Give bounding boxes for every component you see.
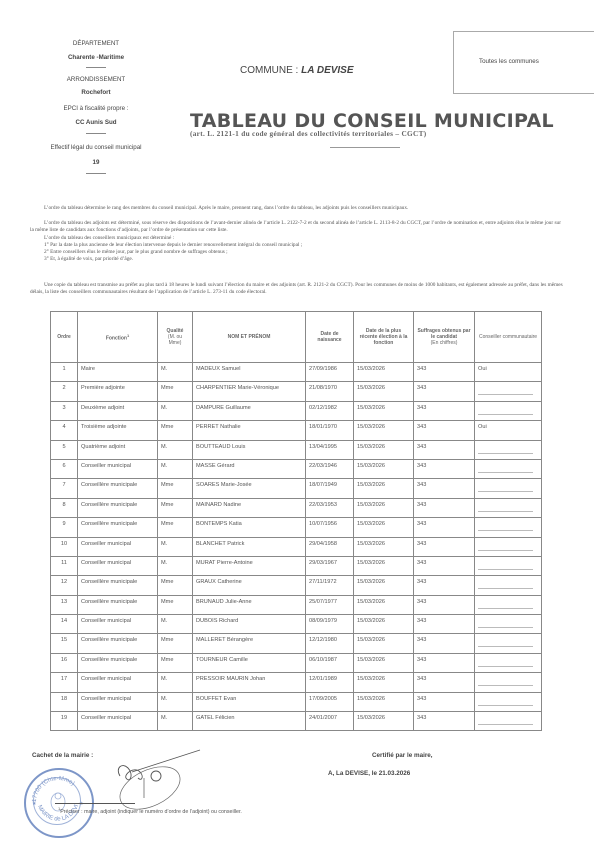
cell-communautaire	[475, 459, 542, 478]
cell-election: 15/03/2026	[354, 440, 414, 459]
cell-communautaire	[475, 615, 542, 634]
cell-qualite: Mme	[158, 634, 193, 653]
cell-naissance: 29/04/1958	[306, 537, 354, 556]
blank-entry-line	[478, 646, 533, 647]
blank-entry-line	[478, 666, 533, 667]
cell-election: 15/03/2026	[354, 479, 414, 498]
cell-qualite: M.	[158, 401, 193, 420]
cell-nom: GATEL Félicien	[193, 712, 306, 731]
blank-entry-line	[478, 453, 533, 454]
divider	[86, 133, 106, 134]
cell-ordre: 2	[51, 382, 78, 401]
cell-communautaire	[475, 401, 542, 420]
blank-entry-line	[478, 608, 533, 609]
intro-paragraph-4: Une copie du tableau est transmise au pr…	[30, 282, 565, 296]
cell-suffrages: 343	[414, 712, 475, 731]
arrondissement-label: ARRONDISSEMENT	[20, 76, 172, 83]
cell-ordre: 12	[51, 576, 78, 595]
cell-election: 15/03/2026	[354, 363, 414, 382]
cell-suffrages: 343	[414, 576, 475, 595]
effectif-label: Effectif légal du conseil municipal	[20, 144, 172, 151]
table-row: 5Quatrième adjointM.BOUTTEAUD Louis13/04…	[51, 440, 542, 459]
cell-communautaire	[475, 595, 542, 614]
cell-naissance: 18/07/1949	[306, 479, 354, 498]
paragraph-text: L’ordre du tableau des conseillers munic…	[44, 235, 564, 242]
table-row: 8Conseillère municipaleMmeMAINARD Nadine…	[51, 498, 542, 517]
cell-naissance: 22/03/1953	[306, 498, 354, 517]
cell-naissance: 17/09/2005	[306, 692, 354, 711]
cell-fonction: Conseillère municipale	[78, 576, 158, 595]
table-row: 14Conseiller municipalM.DUBOIS Richard08…	[51, 615, 542, 634]
cell-election: 15/03/2026	[354, 459, 414, 478]
cell-qualite: Mme	[158, 498, 193, 517]
cell-nom: PERRET Nathalie	[193, 421, 306, 440]
cell-naissance: 21/08/1970	[306, 382, 354, 401]
cell-election: 15/03/2026	[354, 673, 414, 692]
departement-label: DÉPARTEMENT	[20, 40, 172, 47]
cell-nom: MURAT Pierre-Antoine	[193, 556, 306, 575]
cell-election: 15/03/2026	[354, 712, 414, 731]
cell-election: 15/03/2026	[354, 692, 414, 711]
header-ordre: Ordre	[51, 312, 78, 363]
cell-qualite: M.	[158, 440, 193, 459]
commune-name: LA DEVISE	[301, 65, 353, 76]
commune-line: COMMUNE : LA DEVISE	[240, 65, 354, 76]
cell-communautaire	[475, 692, 542, 711]
departement-value: Charente -Maritime	[20, 54, 172, 61]
cell-qualite: M.	[158, 712, 193, 731]
cell-election: 15/03/2026	[354, 653, 414, 672]
cell-election: 15/03/2026	[354, 576, 414, 595]
blank-entry-line	[478, 491, 533, 492]
intro-paragraph-3: L’ordre du tableau des conseillers munic…	[44, 235, 564, 263]
cell-fonction: Conseillère municipale	[78, 518, 158, 537]
cell-nom: TOURNEUR Camille	[193, 653, 306, 672]
cell-nom: SOARES Marie-Josée	[193, 479, 306, 498]
cell-fonction: Conseillère municipale	[78, 595, 158, 614]
cell-naissance: 10/07/1956	[306, 518, 354, 537]
cell-nom: CHARPENTIER Marie-Véronique	[193, 382, 306, 401]
cell-qualite: M.	[158, 673, 193, 692]
cell-communautaire	[475, 653, 542, 672]
cell-suffrages: 343	[414, 537, 475, 556]
cell-election: 15/03/2026	[354, 382, 414, 401]
cell-fonction: Conseiller municipal	[78, 556, 158, 575]
cell-suffrages: 343	[414, 440, 475, 459]
epci-value: CC Aunis Sud	[20, 119, 172, 126]
blank-entry-line	[478, 685, 533, 686]
commune-category-text: Toutes les communes	[479, 58, 539, 65]
place-date: A, La DEVISE, le 21.03.2026	[328, 770, 410, 777]
cell-communautaire: Oui	[475, 421, 542, 440]
cell-naissance: 12/01/1989	[306, 673, 354, 692]
cell-communautaire	[475, 712, 542, 731]
cell-fonction: Première adjointe	[78, 382, 158, 401]
cell-naissance: 08/09/1979	[306, 615, 354, 634]
rule-item: 3° Et, à égalité de voix, par priorité d…	[44, 256, 564, 263]
cell-qualite: Mme	[158, 479, 193, 498]
cell-election: 15/03/2026	[354, 518, 414, 537]
table-row: 12Conseillère municipaleMmeGRAUX Catheri…	[51, 576, 542, 595]
cell-naissance: 24/01/2007	[306, 712, 354, 731]
cell-ordre: 17	[51, 673, 78, 692]
title-divider	[330, 147, 400, 148]
cell-nom: MAINARD Nadine	[193, 498, 306, 517]
cell-suffrages: 343	[414, 673, 475, 692]
cell-nom: PRESSOIR MAURIN Johan	[193, 673, 306, 692]
cell-suffrages: 343	[414, 615, 475, 634]
cell-qualite: M.	[158, 459, 193, 478]
header-naissance: Date de naissance	[306, 312, 354, 363]
cell-qualite: M.	[158, 537, 193, 556]
cell-naissance: 29/03/1967	[306, 556, 354, 575]
cell-communautaire	[475, 382, 542, 401]
cell-suffrages: 343	[414, 401, 475, 420]
council-table: Ordre Fonction1 Qualité(M. ou Mme) NOM E…	[50, 311, 542, 731]
cell-fonction: Maire	[78, 363, 158, 382]
cell-suffrages: 343	[414, 479, 475, 498]
cell-naissance: 22/03/1946	[306, 459, 354, 478]
blank-entry-line	[478, 569, 533, 570]
table-row: 6Conseiller municipalM.MASSE Gérard22/03…	[51, 459, 542, 478]
cell-election: 15/03/2026	[354, 421, 414, 440]
blank-entry-line	[478, 705, 533, 706]
blank-entry-line	[478, 588, 533, 589]
header-nom: NOM ET PRÉNOM	[193, 312, 306, 363]
cell-communautaire	[475, 537, 542, 556]
cell-nom: BOUFFET Evan	[193, 692, 306, 711]
paragraph-text: L’ordre du tableau détermine le rang des…	[44, 205, 408, 211]
cell-election: 15/03/2026	[354, 595, 414, 614]
cell-fonction: Conseillère municipale	[78, 479, 158, 498]
cell-election: 15/03/2026	[354, 615, 414, 634]
cell-fonction: Conseiller municipal	[78, 615, 158, 634]
cell-qualite: Mme	[158, 653, 193, 672]
cell-suffrages: 343	[414, 363, 475, 382]
admin-info-column: DÉPARTEMENT Charente -Maritime ARRONDISS…	[20, 40, 172, 174]
svg-text:★: ★	[32, 801, 37, 807]
blank-entry-line	[478, 627, 533, 628]
cell-ordre: 11	[51, 556, 78, 575]
cell-qualite: M.	[158, 363, 193, 382]
cell-naissance: 02/12/1982	[306, 401, 354, 420]
cell-election: 15/03/2026	[354, 401, 414, 420]
cell-ordre: 1	[51, 363, 78, 382]
cell-ordre: 13	[51, 595, 78, 614]
cell-suffrages: 343	[414, 459, 475, 478]
cell-nom: MALLERET Bérangère	[193, 634, 306, 653]
table-row: 13Conseillère municipaleMmeBRUNAUD Julie…	[51, 595, 542, 614]
cell-fonction: Quatrième adjoint	[78, 440, 158, 459]
divider	[86, 173, 106, 174]
cell-qualite: Mme	[158, 518, 193, 537]
cell-ordre: 18	[51, 692, 78, 711]
cell-naissance: 12/12/1980	[306, 634, 354, 653]
table-row: 11Conseiller municipalM.MURAT Pierre-Ant…	[51, 556, 542, 575]
rule-item: 1° Par la date la plus ancienne de leur …	[44, 242, 564, 249]
table-row: 18Conseiller municipalM.BOUFFET Evan17/0…	[51, 692, 542, 711]
cell-suffrages: 343	[414, 518, 475, 537]
table-row: 9Conseillère municipaleMmeBONTEMPS Katia…	[51, 518, 542, 537]
cell-qualite: M.	[158, 556, 193, 575]
cell-nom: MASSE Gérard	[193, 459, 306, 478]
cell-qualite: Mme	[158, 421, 193, 440]
cell-ordre: 4	[51, 421, 78, 440]
cell-nom: BOUTTEAUD Louis	[193, 440, 306, 459]
table-row: 10Conseiller municipalM.BLANCHET Patrick…	[51, 537, 542, 556]
cell-fonction: Conseiller municipal	[78, 712, 158, 731]
divider	[86, 67, 106, 68]
intro-paragraph-1: L’ordre du tableau détermine le rang des…	[30, 205, 565, 212]
cell-ordre: 9	[51, 518, 78, 537]
paragraph-text: Une copie du tableau est transmise au pr…	[30, 282, 563, 295]
header-suffrages: Suffrages obtenus par le candidat(En chi…	[414, 312, 475, 363]
commune-category-box: Toutes les communes	[453, 31, 594, 94]
cell-suffrages: 343	[414, 692, 475, 711]
arrondissement-value: Rochefort	[20, 89, 172, 96]
cell-qualite: Mme	[158, 595, 193, 614]
cell-ordre: 6	[51, 459, 78, 478]
cell-fonction: Conseiller municipal	[78, 459, 158, 478]
cell-nom: BLANCHET Patrick	[193, 537, 306, 556]
paragraph-text: L’ordre du tableau des adjoints est déte…	[30, 220, 561, 233]
epci-label: EPCI à fiscalité propre :	[20, 105, 172, 112]
cell-election: 15/03/2026	[354, 537, 414, 556]
cell-communautaire	[475, 440, 542, 459]
table-row: 1MaireM.MADEUX Samuel27/09/198615/03/202…	[51, 363, 542, 382]
cell-election: 15/03/2026	[354, 556, 414, 575]
blank-entry-line	[478, 550, 533, 551]
cell-ordre: 8	[51, 498, 78, 517]
cell-fonction: Conseillère municipale	[78, 634, 158, 653]
table-row: 17Conseiller municipalM.PRESSOIR MAURIN …	[51, 673, 542, 692]
cell-qualite: M.	[158, 692, 193, 711]
cell-naissance: 18/01/1970	[306, 421, 354, 440]
table-row: 19Conseiller municipalM.GATEL Félicien24…	[51, 712, 542, 731]
cell-fonction: Troisième adjointe	[78, 421, 158, 440]
cell-election: 15/03/2026	[354, 634, 414, 653]
commune-label: COMMUNE :	[240, 65, 301, 76]
cell-ordre: 5	[51, 440, 78, 459]
cell-naissance: 27/09/1986	[306, 363, 354, 382]
header-election: Date de la plus récente élection à la fo…	[354, 312, 414, 363]
intro-paragraph-2: L’ordre du tableau des adjoints est déte…	[30, 220, 565, 234]
cell-ordre: 14	[51, 615, 78, 634]
cell-suffrages: 343	[414, 382, 475, 401]
blank-entry-line	[478, 472, 533, 473]
cell-nom: GRAUX Catherine	[193, 576, 306, 595]
table-row: 4Troisième adjointeMmePERRET Nathalie18/…	[51, 421, 542, 440]
cell-suffrages: 343	[414, 498, 475, 517]
cell-nom: BONTEMPS Katia	[193, 518, 306, 537]
cell-suffrages: 343	[414, 421, 475, 440]
rule-item: 2° Entre conseillers élus le même jour, …	[44, 249, 564, 256]
blank-entry-line	[478, 511, 533, 512]
cell-communautaire	[475, 673, 542, 692]
cell-suffrages: 343	[414, 653, 475, 672]
cell-election: 15/03/2026	[354, 498, 414, 517]
cell-nom: DUBOIS Richard	[193, 615, 306, 634]
cell-qualite: Mme	[158, 382, 193, 401]
blank-entry-line	[478, 530, 533, 531]
cell-fonction: Deuxième adjoint	[78, 401, 158, 420]
table-row: 3Deuxième adjointM.DAMPURE Guillaume02/1…	[51, 401, 542, 420]
cell-fonction: Conseiller municipal	[78, 692, 158, 711]
cell-naissance: 27/11/1972	[306, 576, 354, 595]
blank-entry-line	[478, 724, 533, 725]
table-row: 15Conseillère municipaleMmeMALLERET Béra…	[51, 634, 542, 653]
cell-ordre: 19	[51, 712, 78, 731]
cell-suffrages: 343	[414, 634, 475, 653]
cell-fonction: Conseillère municipale	[78, 653, 158, 672]
cell-communautaire: Oui	[475, 363, 542, 382]
cell-qualite: Mme	[158, 576, 193, 595]
cell-ordre: 15	[51, 634, 78, 653]
cell-nom: MADEUX Samuel	[193, 363, 306, 382]
table-header-row: Ordre Fonction1 Qualité(M. ou Mme) NOM E…	[51, 312, 542, 363]
blank-entry-line	[478, 394, 533, 395]
certified-by-mayor: Certifié par le maire,	[372, 752, 433, 759]
header-qualite: Qualité(M. ou Mme)	[158, 312, 193, 363]
svg-text:17700 (Chte-Mme): 17700 (Chte-Mme)	[32, 776, 75, 802]
cell-naissance: 13/04/1995	[306, 440, 354, 459]
cell-naissance: 06/10/1987	[306, 653, 354, 672]
cell-ordre: 7	[51, 479, 78, 498]
cell-communautaire	[475, 576, 542, 595]
cell-qualite: M.	[158, 615, 193, 634]
stamp-emblem-icon: 17700 (Chte-Mme) MAIRIE de LA DEVISE ★ ★	[28, 772, 88, 832]
cell-communautaire	[475, 556, 542, 575]
header-fonction: Fonction1	[78, 312, 158, 363]
footnote: 1Préciser : maire, adjoint (indiquer le …	[58, 806, 242, 815]
cell-communautaire	[475, 479, 542, 498]
cell-communautaire	[475, 518, 542, 537]
cell-communautaire	[475, 634, 542, 653]
cell-ordre: 3	[51, 401, 78, 420]
cell-fonction: Conseiller municipal	[78, 673, 158, 692]
cell-ordre: 10	[51, 537, 78, 556]
cachet-label: Cachet de la mairie :	[32, 752, 93, 759]
cell-naissance: 25/07/1977	[306, 595, 354, 614]
table-row: 2Première adjointeMmeCHARPENTIER Marie-V…	[51, 382, 542, 401]
blank-entry-line	[478, 414, 533, 415]
cell-communautaire	[475, 498, 542, 517]
cell-nom: DAMPURE Guillaume	[193, 401, 306, 420]
footnote-divider	[55, 803, 135, 804]
cell-fonction: Conseiller municipal	[78, 537, 158, 556]
cell-ordre: 16	[51, 653, 78, 672]
cell-suffrages: 343	[414, 556, 475, 575]
table-row: 16Conseillère municipaleMmeTOURNEUR Cami…	[51, 653, 542, 672]
document-subtitle: (art. L. 2121-1 du code général des coll…	[190, 129, 550, 138]
table-row: 7Conseillère municipaleMmeSOARES Marie-J…	[51, 479, 542, 498]
cell-nom: BRUNAUD Julie-Anne	[193, 595, 306, 614]
effectif-value: 19	[20, 159, 172, 166]
cell-fonction: Conseillère municipale	[78, 498, 158, 517]
cell-suffrages: 343	[414, 595, 475, 614]
header-communautaire: Conseiller communautaire	[475, 312, 542, 363]
